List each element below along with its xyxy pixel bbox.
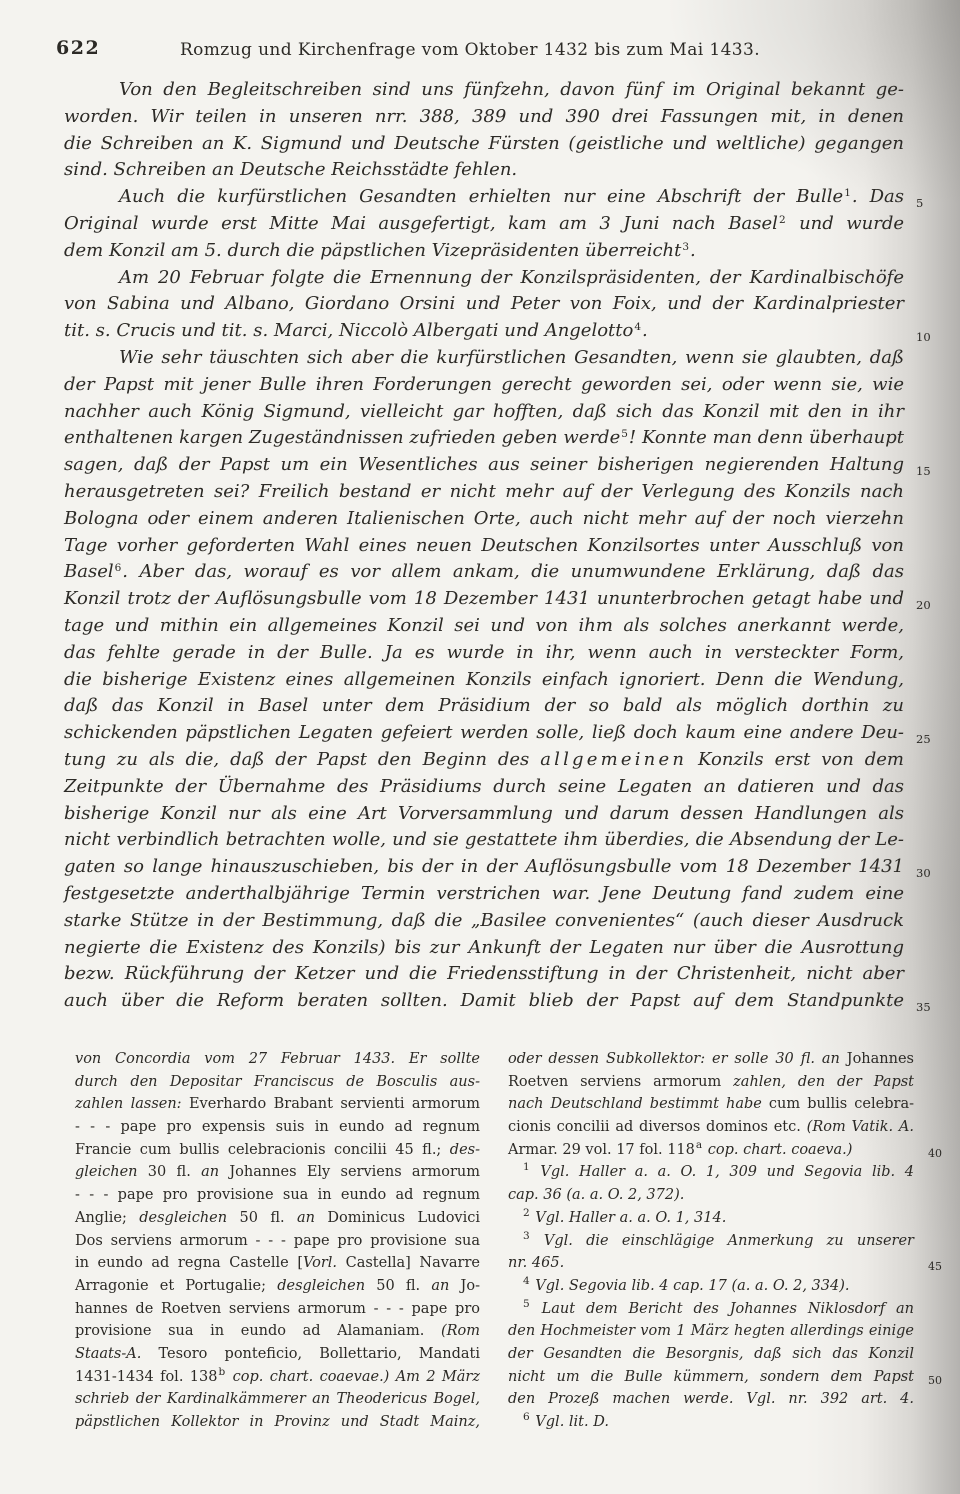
text-line: cap. 36 (a. a. O. 2, 372).	[508, 1184, 914, 1207]
text-line: Zeitpunkte der Übernahme des Präsidiums …	[64, 774, 904, 801]
margin-line-number: 15	[916, 458, 931, 485]
text-line: Von den Begleitschreiben sind uns fünfze…	[64, 77, 904, 104]
text-line: auch über die Reform beraten sollten. Da…	[64, 988, 904, 1015]
margin-line-number: 5	[916, 190, 923, 217]
text-line: sind. Schreiben an Deutsche Reichsstädte…	[64, 157, 904, 184]
text-line: Francie cum bullis celebracionis concili…	[75, 1139, 480, 1162]
text-line: worden. Wir teilen in unseren nrr. 388, …	[64, 104, 904, 131]
running-header-title: Romzug und Kirchenfrage vom Oktober 1432…	[80, 40, 860, 60]
footnote-reference: 2	[522, 1207, 531, 1219]
text-line: schrieb der Kardinalkämmerer an Theoderi…	[75, 1388, 480, 1411]
footnote-reference: 3	[681, 241, 690, 253]
text-line: die bisherige Existenz eines allgemeinen…	[64, 667, 904, 694]
text-line: Dos serviens armorum - - - pape pro prov…	[75, 1230, 480, 1253]
text-line: festgesetzte anderthalbjährige Termin ve…	[64, 881, 904, 908]
text-line: gaten so lange hinauszuschieben, bis der…	[64, 854, 904, 881]
text-line: Original wurde erst Mitte Mai ausgeferti…	[64, 211, 904, 238]
margin-line-number: 35	[916, 994, 931, 1021]
text-line: nr. 465.45	[508, 1252, 914, 1275]
text-line: - - - pape pro provisione sua in eundo a…	[75, 1184, 480, 1207]
text-line: herausgetreten sei? Freilich bestand er …	[64, 479, 904, 506]
text-line: der Gesandten die Besorgnis, daß sich da…	[508, 1343, 914, 1366]
text-line: der Papst mit jener Bulle ihren Forderun…	[64, 372, 904, 399]
text-line: Tage vorher geforderten Wahl eines neuen…	[64, 533, 904, 560]
text-line: den Hochmeister vom 1 März hegten allerd…	[508, 1320, 914, 1343]
text-line: den Prozeß machen werde. Vgl. nr. 392 ar…	[508, 1388, 914, 1411]
margin-line-number: 10	[916, 324, 931, 351]
text-line: päpstlichen Kollektor in Provinz und Sta…	[75, 1411, 480, 1434]
text-line: enthaltenen kargen Zugeständnissen zufri…	[64, 425, 904, 452]
text-line: 4 Vgl. Segovia lib. 4 cap. 17 (a. a. O. …	[508, 1275, 914, 1298]
text-line: in eundo ad regna Castelle [Vorl. Castel…	[75, 1252, 480, 1275]
text-line: sagen, daß der Papst um ein Wesentliches…	[64, 452, 904, 479]
text-line: bisherige Konzil nur als eine Art Vorver…	[64, 801, 904, 828]
margin-line-number: 40	[928, 1143, 942, 1166]
text-line: durch den Depositar Franciscus de Boscul…	[75, 1071, 480, 1094]
footnote-reference: 2	[778, 214, 787, 226]
text-line: Konzil trotz der Auflösungsbulle vom 18 …	[64, 586, 904, 613]
text-line: schickenden päpstlichen Legaten gefeiert…	[64, 720, 904, 747]
footnote-reference: 6	[522, 1411, 531, 1423]
text-line: bezw. Rückführung der Ketzer und die Fri…	[64, 961, 904, 988]
footnote-reference: 1	[843, 187, 852, 199]
text-line: nach Deutschland bestimmt habe cum bulli…	[508, 1093, 914, 1116]
text-line: zahlen lassen: Everhardo Brabant servien…	[75, 1093, 480, 1116]
text-line: daß das Konzil in Basel unter dem Präsid…	[64, 693, 904, 720]
text-line: nicht verbindlich betrachten wolle, und …	[64, 827, 904, 854]
text-line: tung zu als die, daß der Papst den Begin…	[64, 747, 904, 774]
text-line: 1 Vgl. Haller a. a. O. 1, 309 und Segovi…	[508, 1161, 914, 1184]
text-line: oder dessen Subkollektor: er solle 30 fl…	[508, 1048, 914, 1071]
text-line: Arragonie et Portugalie; desgleichen 50 …	[75, 1275, 480, 1298]
text-line: von Concordia vom 27 Februar 1433. Er so…	[75, 1048, 480, 1071]
margin-line-number: 50	[928, 1370, 942, 1393]
main-text-block: Von den Begleitschreiben sind uns fünfze…	[64, 77, 904, 1015]
text-line: Wie sehr täuschten sich aber die kurfürs…	[64, 345, 904, 372]
footnote-reference: a	[695, 1139, 703, 1151]
footnote-reference: 1	[522, 1161, 531, 1173]
footnotes-right-column: oder dessen Subkollektor: er solle 30 fl…	[508, 1048, 914, 1434]
text-line: nicht um die Bulle kümmern, sondern dem …	[508, 1366, 914, 1389]
text-line: gleichen 30 fl. an Johannes Ely serviens…	[75, 1161, 480, 1184]
text-line: negierte die Existenz des Konzils) bis z…	[64, 935, 904, 962]
text-line: tit. s. Crucis und tit. s. Marci, Niccol…	[64, 318, 904, 345]
text-line: 1431-1434 fol. 138b cop. chart. coaevae.…	[75, 1366, 480, 1389]
text-line: - - - pape pro expensis suis in eundo ad…	[75, 1116, 480, 1139]
footnote-reference: b	[217, 1366, 226, 1378]
text-line: Auch die kurfürstlichen Gesandten erhiel…	[64, 184, 904, 211]
text-line: tage und mithin ein allgemeines Konzil s…	[64, 613, 904, 640]
text-line: hannes de Roetven serviens armorum - - -…	[75, 1298, 480, 1321]
text-line: Armar. 29 vol. 17 fol. 118a cop. chart. …	[508, 1139, 914, 1162]
text-line: nachher auch König Sigmund, vielleicht g…	[64, 399, 904, 426]
footnotes-left-column: von Concordia vom 27 Februar 1433. Er so…	[75, 1048, 480, 1434]
text-line: 5 Laut dem Bericht des Johannes Niklosdo…	[508, 1298, 914, 1321]
margin-line-number: 45	[928, 1256, 942, 1279]
margin-line-number: 25	[916, 726, 931, 753]
footnote-reference: 5	[522, 1298, 531, 1310]
footnote-reference: 3	[522, 1230, 531, 1242]
footnote-reference: 4	[633, 321, 642, 333]
margin-line-number: 30	[916, 860, 931, 887]
margin-line-number: 20	[916, 592, 931, 619]
book-page: 622 Romzug und Kirchenfrage vom Oktober …	[0, 0, 960, 1494]
text-line: 2 Vgl. Haller a. a. O. 1, 314.	[508, 1207, 914, 1230]
text-line: von Sabina und Albano, Giordano Orsini u…	[64, 291, 904, 318]
footnote-reference: 5	[620, 428, 629, 440]
text-line: Anglie; desgleichen 50 fl. an Dominicus …	[75, 1207, 480, 1230]
text-line: die Schreiben an K. Sigmund und Deutsche…	[64, 131, 904, 158]
text-line: Staats-A. Tesoro ponteficio, Bollettario…	[75, 1343, 480, 1366]
text-line: cionis concilii ad diversos dominos etc.…	[508, 1116, 914, 1139]
text-line: das fehlte gerade in der Bulle. Ja es wu…	[64, 640, 904, 667]
text-line: Bologna oder einem anderen Italienischen…	[64, 506, 904, 533]
text-line: Basel6. Aber das, worauf es vor allem an…	[64, 559, 904, 586]
footnote-reference: 4	[522, 1275, 531, 1287]
text-line: starke Stütze in der Bestimmung, daß die…	[64, 908, 904, 935]
footnote-reference: 6	[114, 562, 123, 574]
text-line: provisione sua in eundo ad Alamaniam. (R…	[75, 1320, 480, 1343]
text-line: dem Konzil am 5. durch die päpstlichen V…	[64, 238, 904, 265]
text-line: 6 Vgl. lit. D.	[508, 1411, 914, 1434]
text-line: Am 20 Februar folgte die Ernennung der K…	[64, 265, 904, 292]
text-line: Roetven serviens armorum zahlen, den der…	[508, 1071, 914, 1094]
text-line: 3 Vgl. die einschlägige Anmerkung zu uns…	[508, 1230, 914, 1253]
